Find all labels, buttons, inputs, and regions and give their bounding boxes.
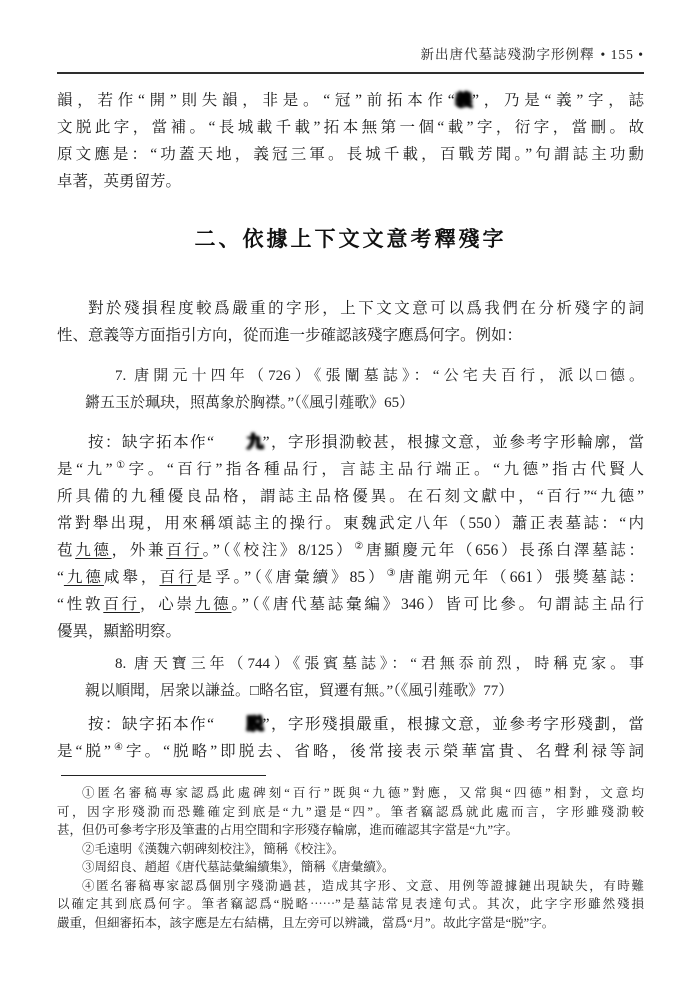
text-run: 鏘五玉於珮玦，照萬象於胸襟。”（《風引薤歌》65）	[85, 395, 414, 411]
footnote-4: ④匿名審稿專家認爲個別字殘泐過甚，造成其字形、文意、用例等證據鏈出現缺失，有時難…	[57, 877, 644, 933]
text-run: 性、意義等方面指引方向，從而進一步確認該殘字應爲何字。例如：	[57, 327, 522, 344]
text-line: ④匿名審稿專家認爲個別字殘泐過甚，造成其字形、文意、用例等證據鏈出現缺失，有時難	[57, 877, 644, 896]
text-line: ③周紹良、趙超《唐代墓誌彙編續集》，簡稱《唐彙續》。	[57, 858, 644, 877]
text-line: 以確定其到底爲何字。筆者竊認爲“脱略⋯⋯”是墓誌常見表達句式。其次，此字字形雖然…	[57, 895, 644, 914]
text-line: 對於殘損程度較爲嚴重的字形，上下文文意可以爲我們在分析殘字的詞	[57, 295, 644, 322]
text-run: 以確定其到底爲何字。筆者竊認爲“脱略⋯⋯”是墓誌常見表達句式。其次，此字字形雖然…	[57, 897, 644, 911]
rubbing-tuo-image: 脱	[213, 709, 264, 739]
text-line: 優異，顯豁明察。	[57, 618, 644, 645]
text-line: 所具備的九種優良品格，謂誌主品格優異。在石刻文獻中，“百行”“九德”	[57, 483, 644, 510]
text-run: 7. 唐開元十四年（726）《張闡墓誌》：“公宅夫百行，派以□德。	[115, 368, 644, 384]
text-run: 按：缺字拓本作“	[88, 716, 214, 733]
text-line: 親以順聞，居衆以謙益。□略名宦，貿遷有無。”（《風引薤歌》77）	[85, 678, 644, 705]
text-run: ”，乃是“義”字，誌	[472, 92, 644, 109]
footnote-ref: ①	[113, 460, 129, 471]
text-run: 原文應是：“功蓋天地，義冠三軍。長城千載，百戰芳聞。”句謂誌主功勳	[57, 146, 644, 163]
text-run: 甚，但仍可參考字形及筆畫的占用空間和字形殘存輪廓，進而確認其字當是“九”字。	[57, 823, 518, 837]
text-line: 是“九”①字。“百行”指各種品行，言誌主品行端正。“九德”指古代賢人	[57, 456, 644, 483]
text-line: ①匿名審稿專家認爲此處碑刻“百行”既與“九德”對應，又常與“四德”相對，文意均	[57, 784, 644, 803]
running-title: 新出唐代墓誌殘泐字形例釋	[421, 46, 595, 64]
text-line: 原文應是：“功蓋天地，義冠三軍。長城千載，百戰芳聞。”句謂誌主功勳	[57, 141, 644, 168]
text-run: 字。“百行”指各種品行，言誌主品行端正。“九德”指古代賢人	[129, 461, 644, 478]
document-body: 韻，若作“開”則失韻，非是。“冠”前拓本作“義”，乃是“義”字，誌文脱此字，當補…	[57, 87, 644, 932]
text-run: 唐顯慶元年（656）長孫白澤墓誌：	[366, 542, 644, 559]
text-run: 文脱此字，當補。“長城載千載”拓本無第一個“載”字，衍字，當刪。故	[57, 119, 644, 136]
footnote-ref: ②	[354, 541, 366, 552]
text-run: 可，因字形殘泐而恐難確定到底是“九”還是“四”。筆者竊認爲就此處而言，字形雖殘泐…	[57, 805, 644, 819]
text-run: “	[57, 569, 64, 586]
underlined-term: 九德	[195, 596, 232, 613]
text-line: 鏘五玉於珮玦，照萬象於胸襟。”（《風引薤歌》65）	[85, 390, 644, 417]
underlined-term: 九德	[75, 542, 111, 559]
underlined-term: 百行	[166, 542, 202, 559]
text-line: 可，因字形殘泐而恐難確定到底是“九”還是“四”。筆者竊認爲就此處而言，字形雖殘泐…	[57, 803, 644, 822]
text-run: 。”（《唐代墓誌彙編》346）皆可比參。句謂誌主品行	[232, 596, 644, 613]
text-run: 所具備的九種優良品格，謂誌主品格優異。在石刻文獻中，“百行”“九德”	[57, 488, 644, 505]
text-line: “性敦百行，心崇九德。”（《唐代墓誌彙編》346）皆可比參。句謂誌主品行	[57, 591, 644, 618]
text-run: 唐龍朔元年（661）張獎墓誌：	[399, 569, 644, 586]
text-line: 按：缺字拓本作“九”，字形損泐較甚，根據文意，並參考字形輪廓，當	[57, 429, 644, 456]
footnote-ref: ③	[387, 568, 399, 579]
page-number: • 155 •	[601, 46, 644, 64]
text-run: 優異，顯豁明察。	[57, 623, 181, 640]
text-run: ①匿名審稿專家認爲此處碑刻“百行”既與“九德”對應，又常與“四德”相對，文意均	[82, 786, 644, 800]
text-run: 是孚。”（《唐彙續》85）	[196, 569, 386, 586]
underlined-term: 百行	[159, 569, 196, 586]
note-8: 按：缺字拓本作“脱”，字形殘損嚴重，根據文意，並參考字形殘劃，當是“脱”④字。“…	[57, 711, 644, 765]
text-line: 性、意義等方面指引方向，從而進一步確認該殘字應爲何字。例如：	[57, 322, 644, 349]
text-line: 嚴重，但細審拓本，該字應是左右結構，且左旁可以辨識，當爲“月”。故此字當是“脱”…	[57, 914, 644, 933]
text-run: 。”（《校注》8/125）	[203, 542, 355, 559]
footnote-ref: ④	[111, 742, 126, 753]
text-line: 7. 唐開元十四年（726）《張闡墓誌》：“公宅夫百行，派以□德。	[85, 363, 644, 390]
text-run: ，外兼	[112, 542, 167, 559]
text-run: 對於殘損程度較爲嚴重的字形，上下文文意可以爲我們在分析殘字的詞	[88, 300, 644, 317]
note-7: 按：缺字拓本作“九”，字形損泐較甚，根據文意，並參考字形輪廓，當是“九”①字。“…	[57, 429, 644, 645]
text-line: 是“脱”④字。“脱略”即脱去、省略，後常接表示榮華富貴、名聲利禄等詞	[57, 738, 644, 765]
text-run: 親以順聞，居衆以謙益。□略名宦，貿遷有無。”（《風引薤歌》77）	[85, 683, 513, 699]
text-line: 按：缺字拓本作“脱”，字形殘損嚴重，根據文意，並參考字形殘劃，當	[57, 711, 644, 738]
text-run: ③周紹良、趙超《唐代墓誌彙編續集》，簡稱《唐彙續》。	[82, 860, 395, 874]
underlined-term: 百行	[103, 596, 140, 613]
text-run: 按：缺字拓本作“	[88, 434, 214, 451]
text-line: 卓著，英勇留芳。	[57, 168, 644, 195]
text-run: ”，字形殘損嚴重，根據文意，並參考字形殘劃，當	[263, 716, 644, 733]
text-line: 韻，若作“開”則失韻，非是。“冠”前拓本作“義”，乃是“義”字，誌	[57, 87, 644, 114]
document-page: 新出唐代墓誌殘泐字形例釋 • 155 • 韻，若作“開”則失韻，非是。“冠”前拓…	[0, 0, 700, 983]
rubbing-yi-image: 義	[455, 86, 472, 115]
text-run: ④匿名審稿專家認爲個別字殘泐過甚，造成其字形、文意、用例等證據鏈出現缺失，有時難	[82, 879, 644, 893]
example-7: 7. 唐開元十四年（726）《張闡墓誌》：“公宅夫百行，派以□德。鏘五玉於珮玦，…	[85, 363, 644, 417]
text-line: 文脱此字，當補。“長城載千載”拓本無第一個“載”字，衍字，當刪。故	[57, 114, 644, 141]
rubbing-jiu-image: 九	[213, 427, 264, 457]
footnote-3: ③周紹良、趙超《唐代墓誌彙編續集》，簡稱《唐彙續》。	[57, 858, 644, 877]
text-run: 是“脱”	[57, 743, 111, 760]
paragraph-continuation: 韻，若作“開”則失韻，非是。“冠”前拓本作“義”，乃是“義”字，誌文脱此字，當補…	[57, 87, 644, 195]
page-header: 新出唐代墓誌殘泐字形例釋 • 155 •	[57, 46, 644, 74]
text-run: 是“九”	[57, 461, 113, 478]
text-line: 8. 唐天寶三年（744）《張賓墓誌》：“君無忝前烈，時稱克家。事	[85, 651, 644, 678]
underlined-term: 九德	[64, 569, 104, 586]
text-run: ②毛遠明《漢魏六朝碑刻校注》，簡稱《校注》。	[82, 842, 345, 856]
text-run: 常對舉出現，用來稱頌誌主的操行。東魏武定八年（550）蕭正表墓誌：“内	[57, 515, 644, 532]
footnote-2: ②毛遠明《漢魏六朝碑刻校注》，簡稱《校注》。	[57, 840, 644, 859]
text-run: 韻，若作“開”則失韻，非是。“冠”前拓本作“	[57, 92, 455, 109]
text-line: 甚，但仍可參考字形及筆畫的占用空間和字形殘存輪廓，進而確認其字當是“九”字。	[57, 821, 644, 840]
text-run: 嚴重，但細審拓本，該字應是左右結構，且左旁可以辨識，當爲“月”。故此字當是“脱”…	[57, 916, 554, 930]
footnote-separator	[61, 775, 266, 776]
text-run: ”，字形損泐較甚，根據文意，並參考字形輪廓，當	[263, 434, 644, 451]
paragraph-intro: 對於殘損程度較爲嚴重的字形，上下文文意可以爲我們在分析殘字的詞性、意義等方面指引…	[57, 295, 644, 349]
text-run: “性敦	[57, 596, 103, 613]
text-line: 苞九德，外兼百行。”（《校注》8/125）②唐顯慶元年（656）長孫白澤墓誌：	[57, 537, 644, 564]
footnote-1: ①匿名審稿專家認爲此處碑刻“百行”既與“九德”對應，又常與“四德”相對，文意均可…	[57, 784, 644, 840]
example-8: 8. 唐天寶三年（744）《張賓墓誌》：“君無忝前烈，時稱克家。事親以順聞，居衆…	[85, 651, 644, 705]
text-run: 8. 唐天寶三年（744）《張賓墓誌》：“君無忝前烈，時稱克家。事	[115, 656, 644, 672]
text-line: “九德咸舉，百行是孚。”（《唐彙續》85）③唐龍朔元年（661）張獎墓誌：	[57, 564, 644, 591]
text-line: ②毛遠明《漢魏六朝碑刻校注》，簡稱《校注》。	[57, 840, 644, 859]
text-run: 卓著，英勇留芳。	[57, 173, 181, 190]
text-run: 咸舉，	[104, 569, 160, 586]
text-run: ，心崇	[140, 596, 195, 613]
section-heading: 二、依據上下文文意考釋殘字	[57, 225, 644, 255]
text-line: 常對舉出現，用來稱頌誌主的操行。東魏武定八年（550）蕭正表墓誌：“内	[57, 510, 644, 537]
text-run: 苞	[57, 542, 75, 559]
text-run: 字。“脱略”即脱去、省略，後常接表示榮華富貴、名聲利禄等詞	[126, 743, 644, 760]
